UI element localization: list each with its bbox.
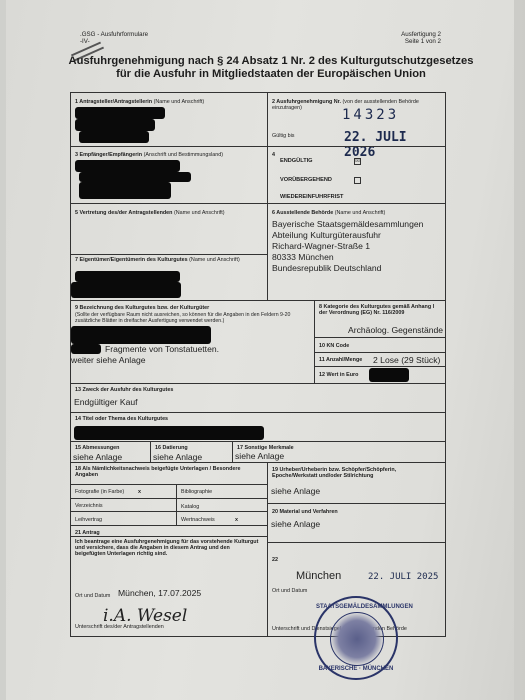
field-12-value: 12 Wert in Euro <box>314 366 446 384</box>
title-line-2: für die Ausfuhr in Mitgliedstaaten der E… <box>66 68 476 81</box>
redaction <box>75 271 180 282</box>
description-more: weiter siehe Anlage <box>71 355 146 365</box>
field-label: 8 Kategorie des Kulturgutes gemäß Anhang… <box>319 304 443 316</box>
field-label: 10 KN Code <box>319 343 349 349</box>
option-temporary-label: VORÜBERGEHEND <box>280 177 332 183</box>
description-text: Fragmente von Tonstatuetten. <box>105 344 219 354</box>
field-20-material: 20 Material und Verfahren siehe Anlage <box>267 503 446 543</box>
option-final-checkbox[interactable]: ☒ <box>354 158 361 165</box>
field-label: 6 Ausstellende Behörde <box>272 210 333 216</box>
field-label: 3 Empfänger/Empfängerin <box>75 152 142 158</box>
signature-label: Unterschrift des/der Antragstellenden <box>75 624 164 630</box>
field-10-kn-code: 10 KN Code <box>314 337 446 353</box>
doc-value-proof: Wertnachweis x <box>176 511 268 526</box>
redaction <box>75 107 165 119</box>
field-hint: (Name und Anschrift) <box>154 99 205 105</box>
document-title: Ausfuhrgenehmigung nach § 24 Absatz 1 Nr… <box>66 55 476 80</box>
redaction <box>75 119 155 131</box>
authority-city: 80333 München <box>272 252 334 262</box>
creator-value: siehe Anlage <box>271 486 320 496</box>
doc-inventory: Verzeichnis <box>70 498 177 512</box>
doc-item-label: Verzeichnis <box>75 503 103 509</box>
authority-department: Abteilung Kulturgüterausfuhr <box>272 230 381 240</box>
field-label: 7 Eigentümer/Eigentümerin des Kulturgute… <box>75 257 188 263</box>
field-3-recipient: 3 Empfänger/Empfängerin (Anschrift und B… <box>70 146 268 204</box>
form-series-label: .GSG - Ausfuhrformulare <box>80 31 148 38</box>
field-label: 2 Ausfuhrgenehmigung Nr. <box>272 99 341 105</box>
option-final-label: ENDGÜLTIG <box>280 158 313 164</box>
field-label: 13 Zweck der Ausfuhr des Kulturgutes <box>75 387 173 393</box>
permit-number: 14323 <box>342 107 399 123</box>
field-hint: (Anschrift und Bestimmungsland) <box>144 152 223 158</box>
place-date-label: Ort und Datum <box>272 588 307 594</box>
field-2-permit-number: 2 Ausfuhrgenehmigung Nr. (von der ausste… <box>267 92 446 147</box>
authority-country: Bundesrepublik Deutschland <box>272 263 381 273</box>
application-statement: Ich beantrage eine Ausfuhrgenehmigung fü… <box>75 539 260 558</box>
authority-place: München <box>296 571 341 581</box>
field-label: 4 <box>272 152 275 158</box>
redaction <box>75 160 180 172</box>
doc-catalog: Katalog <box>176 498 268 512</box>
dating-value: siehe Anlage <box>153 452 202 462</box>
field-19-creator: 19 Urheber/Urheberin bzw. Schöpfer/Schöp… <box>267 462 446 504</box>
field-11-quantity: 11 Anzahl/Menge 2 Lose (29 Stück) <box>314 352 446 367</box>
redaction <box>71 344 101 354</box>
field-label: 16 Datierung <box>155 445 188 451</box>
field-15-dimensions: 15 Abmessungen siehe Anlage <box>70 441 151 463</box>
field-21-application: 21 Antrag Ich beantrage eine Ausfuhrgene… <box>70 525 268 637</box>
field-label: 15 Abmessungen <box>75 445 119 451</box>
valid-until-label: Gültig bis <box>272 133 294 139</box>
field-5-representative: 5 Vertretung des/der Antragstellenden (N… <box>70 203 268 255</box>
applicant-place-date: München, 17.07.2025 <box>118 588 201 598</box>
field-16-dating: 16 Datierung siehe Anlage <box>150 441 233 463</box>
redaction <box>79 131 149 143</box>
doc-item-mark[interactable]: x <box>138 489 141 495</box>
applicant-signature: i.A. Wesel <box>103 606 187 626</box>
field-hint: (Sollte der verfügbare Raum nicht ausrei… <box>75 312 311 324</box>
field-hint: (Name und Anschrift) <box>189 257 240 263</box>
seal-text-bottom: BAYERISCHE · MÜNCHEN <box>316 666 396 672</box>
doc-item-label: Katalog <box>181 504 199 510</box>
doc-item-label: Bibliographie <box>181 489 212 495</box>
field-14-title: 14 Titel oder Thema des Kulturgutes <box>70 412 446 442</box>
seal-text-top: STAATSGEMÄLDESAMMLUNGEN <box>316 604 396 610</box>
field-7-owner: 7 Eigentümer/Eigentümerin des Kulturgute… <box>70 254 268 301</box>
place-date-label: Ort und Datum <box>75 593 110 599</box>
field-17-features: 17 Sonstige Merkmale siehe Anlage <box>232 441 446 463</box>
title-line-1: Ausfuhrgenehmigung nach § 24 Absatz 1 Nr… <box>66 55 476 68</box>
doc-item-label: Leihvertrag <box>75 517 102 523</box>
official-seal: STAATSGEMÄLDESAMMLUNGEN BAYERISCHE · MÜN… <box>314 596 398 680</box>
redaction <box>71 326 211 344</box>
field-9-description: 9 Bezeichnung des Kulturgutes bzw. der K… <box>70 300 315 384</box>
field-8-category: 8 Kategorie des Kulturgutes gemäß Anhang… <box>314 300 446 338</box>
field-label: 18 Als Nämlichkeitsnachweis beigefügte U… <box>75 466 245 478</box>
form-series-sub: -IV- <box>80 38 148 45</box>
field-label: 9 Bezeichnung des Kulturgutes bzw. der K… <box>75 305 209 311</box>
doc-photo: Fotografie (in Farbe) x <box>70 484 177 499</box>
dimensions-value: siehe Anlage <box>73 452 122 462</box>
field-1-applicant: 1 Antragsteller/Antragstellerin (Name un… <box>70 92 268 147</box>
field-hint: (Name und Anschrift) <box>335 210 386 216</box>
material-value: siehe Anlage <box>271 519 320 529</box>
page-indicator: Seite 1 von 2 <box>401 38 441 45</box>
copy-number: Ausfertigung 2 <box>401 31 441 38</box>
quantity-value: 2 Lose (29 Stück) <box>373 355 440 365</box>
coat-of-arms-icon <box>330 612 384 666</box>
field-label: 22 <box>272 557 278 563</box>
form-series: .GSG - Ausfuhrformulare -IV- <box>80 31 148 45</box>
redaction <box>74 426 264 440</box>
redaction <box>71 282 181 298</box>
field-4-export-type: 4 ENDGÜLTIG ☒ VORÜBERGEHEND WIEDEREINFUH… <box>267 146 446 204</box>
option-temporary-checkbox[interactable] <box>354 177 361 184</box>
doc-bibliography: Bibliographie <box>176 484 268 499</box>
doc-item-label: Fotografie (in Farbe) <box>75 489 124 495</box>
field-label: 12 Wert in Euro <box>319 372 358 378</box>
field-label: 1 Antragsteller/Antragstellerin <box>75 99 152 105</box>
copy-info: Ausfertigung 2 Seite 1 von 2 <box>401 31 441 45</box>
features-value: siehe Anlage <box>235 451 284 461</box>
redaction <box>79 172 191 182</box>
doc-item-mark[interactable]: x <box>235 517 238 523</box>
field-label: 19 Urheber/Urheberin bzw. Schöpfer/Schöp… <box>272 467 442 479</box>
field-13-purpose: 13 Zweck der Ausfuhr des Kulturgutes End… <box>70 383 446 413</box>
field-label: 21 Antrag <box>75 530 100 536</box>
authority-date: 22. JULI 2025 <box>368 572 438 582</box>
redaction <box>79 182 171 199</box>
field-label: 5 Vertretung des/der Antragstellenden <box>75 210 172 216</box>
field-label: 20 Material und Verfahren <box>272 509 338 515</box>
doc-item-label: Wertnachweis <box>181 517 215 523</box>
field-hint: (Name und Anschrift) <box>174 210 225 216</box>
purpose-value: Endgültiger Kauf <box>74 397 138 407</box>
field-label: 11 Anzahl/Menge <box>319 357 362 363</box>
field-6-issuing-authority: 6 Ausstellende Behörde (Name und Anschri… <box>267 203 446 301</box>
authority-street: Richard-Wagner-Straße 1 <box>272 241 370 251</box>
reimport-deadline-label: WIEDEREINFUHRFRIST <box>280 194 343 200</box>
authority-name: Bayerische Staatsgemäldesammlungen <box>272 219 423 229</box>
redaction <box>369 368 409 382</box>
field-label: 14 Titel oder Thema des Kulturgutes <box>75 416 168 422</box>
category-value: Archäolog. Gegenstände <box>348 325 443 335</box>
doc-loan-agreement: Leihvertrag <box>70 511 177 526</box>
